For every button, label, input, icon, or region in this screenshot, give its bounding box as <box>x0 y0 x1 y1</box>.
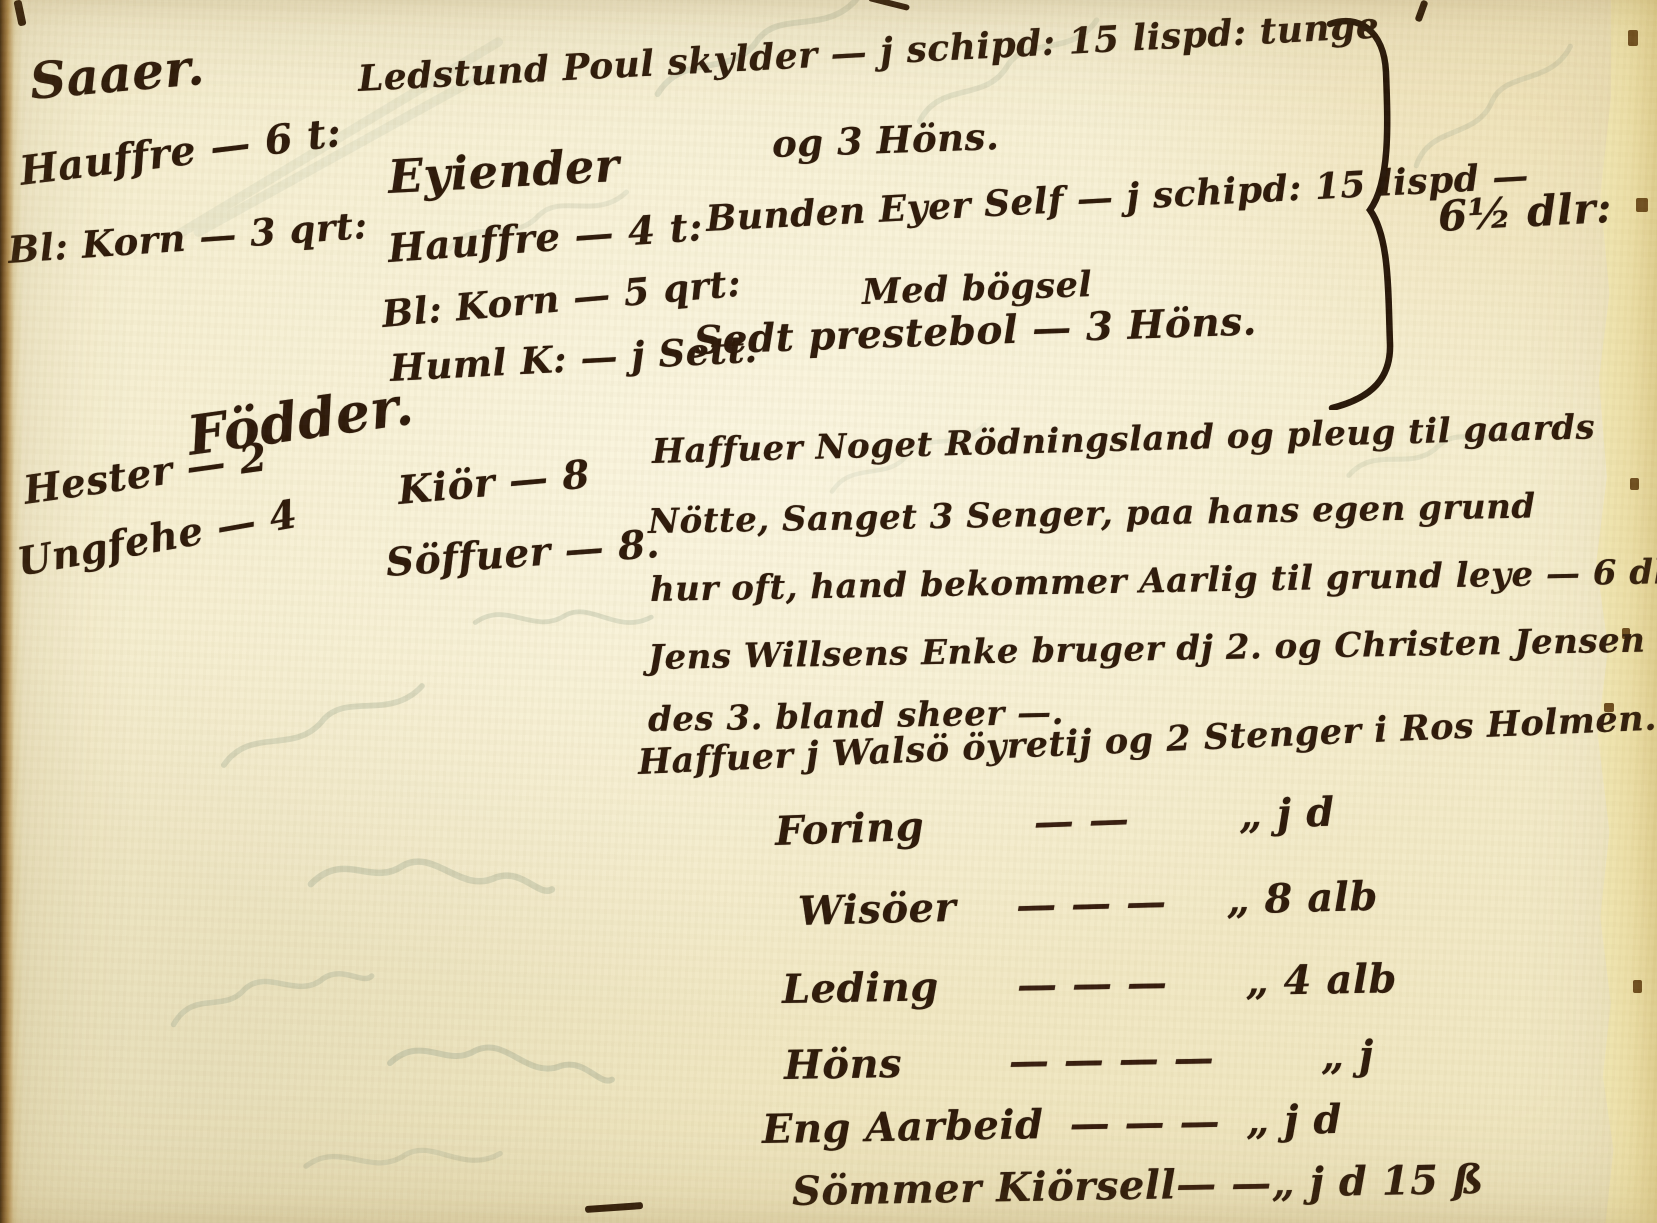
bleedthrough-mark <box>157 949 383 1042</box>
dues-value: „ j d 15 ß <box>1271 1156 1484 1207</box>
dues-row: Foring — — „ j d <box>774 788 1335 855</box>
note-line: Haffuer Noget Rödningsland og pleug til … <box>651 407 1595 472</box>
skyld-line: Sedt prestebol — 3 Höns. <box>693 298 1257 364</box>
saaer-item: Hauffre — 6 t: <box>17 109 344 195</box>
manuscript-page: Saaer. Hauffre — 6 t: Bl: Korn — 3 qrt: … <box>0 0 1657 1223</box>
sum-value: 6½ dlr: <box>1437 183 1613 241</box>
cropped-ink-fragment <box>868 0 910 11</box>
bleedthrough-mark <box>298 1123 512 1198</box>
dues-dashes: — — — — <box>1008 1034 1214 1085</box>
sum-brace <box>1300 14 1430 410</box>
dues-dashes: — — <box>1033 796 1130 846</box>
dues-value: „ 8 alb <box>1226 873 1378 924</box>
bleedthrough-mark <box>375 1006 624 1124</box>
saaer-heading: Saaer. <box>27 37 206 111</box>
dues-value: „ 4 alb <box>1245 955 1397 1005</box>
dues-dashes: — — — <box>1017 959 1168 1009</box>
foedder-item: Kiör — 8 <box>396 451 592 514</box>
ink-speck <box>1636 198 1648 212</box>
bleedthrough-mark <box>467 580 662 660</box>
dues-label: Wisöer <box>797 884 956 935</box>
dues-label: Höns <box>784 1040 903 1089</box>
dues-value: „ j <box>1321 1032 1375 1080</box>
note-line: Jens Willsens Enke bruger dj 2. og Chris… <box>648 621 1646 678</box>
dues-dashes: — — <box>1176 1160 1272 1209</box>
note-line: hur oft, hand bekommer Aarlig til grund … <box>650 552 1657 610</box>
eiender-heading: Eyiender <box>387 138 621 204</box>
foedder-item: Söffuer — 8. <box>384 521 661 586</box>
skyld-line: Ledstund Poul skylder — j schipd: 15 lis… <box>357 5 1380 100</box>
ink-mark <box>585 1202 643 1213</box>
dues-row: Eng Aarbeid — — — „ j d <box>762 1096 1343 1153</box>
eiender-item: Bl: Korn — 5 qrt: <box>380 261 743 336</box>
dues-row: Sömmer Kiörsell — — „ j d 15 ß <box>792 1156 1453 1215</box>
dues-label: Sömmer Kiörsell <box>792 1161 1177 1215</box>
ink-speck <box>1633 980 1642 993</box>
dues-value: „ j d <box>1246 1096 1343 1145</box>
dues-row: Leding — — — „ 4 alb <box>782 955 1398 1013</box>
ink-speck <box>1630 478 1639 490</box>
dues-value: „ j d <box>1238 788 1335 838</box>
note-line: Nötte, Sanget 3 Senger, paa hans egen gr… <box>648 487 1536 542</box>
dues-row: Höns — — — — „ j <box>784 1032 1375 1089</box>
bleedthrough-mark <box>205 663 445 787</box>
bleedthrough-mark <box>295 820 564 940</box>
page-gutter <box>0 0 22 1223</box>
skyld-line: og 3 Höns. <box>771 114 1000 166</box>
saaer-item: Bl: Korn — 3 qrt: <box>6 203 368 272</box>
dues-label: Eng Aarbeid <box>762 1101 1044 1153</box>
dues-dashes: — — — <box>1069 1098 1220 1148</box>
eiender-item: Hauffre — 4 t: <box>386 204 704 272</box>
dues-row: Wisöer — — — „ 8 alb <box>797 873 1378 935</box>
dues-label: Foring <box>774 803 925 855</box>
dues-label: Leding <box>782 963 940 1013</box>
ink-speck <box>1628 30 1638 46</box>
dues-dashes: — — — <box>1016 878 1168 929</box>
